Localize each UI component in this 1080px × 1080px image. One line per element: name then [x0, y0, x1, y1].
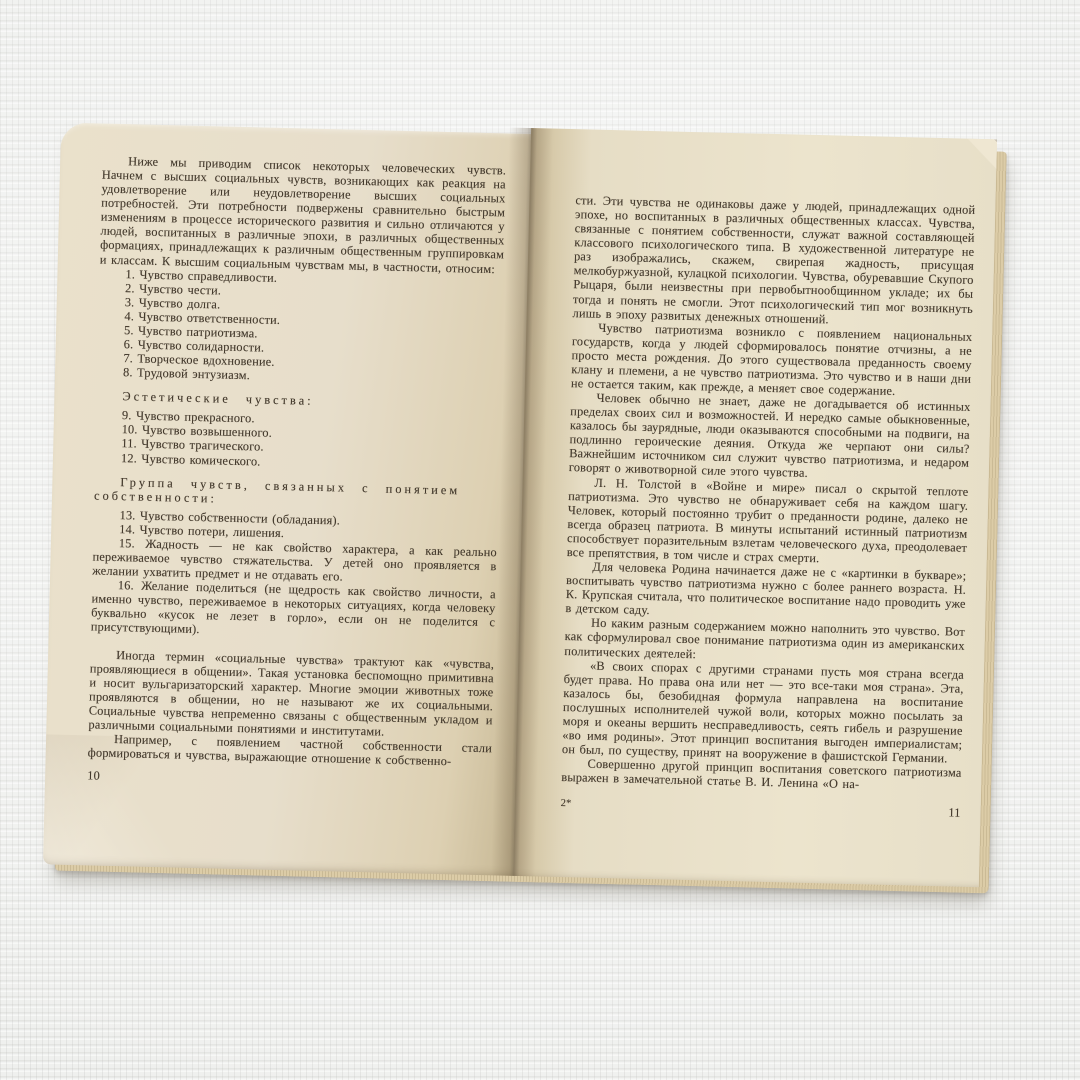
- left-page-text: Ниже мы приводим список некоторых челове…: [45, 123, 531, 793]
- right-page: сти. Эти чувства не одинаковы даже у люд…: [513, 128, 997, 887]
- signature-mark: 2*: [561, 798, 572, 810]
- photo-background-surface: Ниже мы приводим список некоторых челове…: [0, 0, 1080, 1080]
- social-feelings-list: 1. Чувство справедливости. 2. Чувство че…: [97, 266, 504, 388]
- left-page: Ниже мы приводим список некоторых челове…: [43, 123, 531, 876]
- open-book: Ниже мы приводим список некоторых челове…: [43, 113, 1007, 894]
- intro-paragraph: Ниже мы приводим список некоторых челове…: [100, 154, 507, 276]
- paragraph: Для человека Родина начинается даже не с…: [565, 559, 966, 625]
- right-page-text: сти. Эти чувства не одинаковы даже у люд…: [515, 128, 998, 821]
- paragraph: Человек обычно не знает, даже не догадыв…: [569, 390, 971, 484]
- property-feelings-list: 13. Чувство собственности (обладания). 1…: [91, 507, 498, 644]
- paragraph: Иногда термин «социальные чувства» тракт…: [88, 647, 494, 741]
- list-item: 16. Желание поделиться (не щедрость как …: [91, 578, 496, 644]
- right-page-number: 11: [948, 806, 961, 820]
- paragraph: Чувство патриотизма возникло с появление…: [571, 320, 973, 400]
- paragraph: «В своих спорах с другими странами пусть…: [562, 658, 964, 766]
- paragraph: сти. Эти чувства не одинаковы даже у люд…: [572, 193, 975, 329]
- paragraph: Л. Н. Толстой в «Войне и мире» писал о с…: [567, 475, 969, 569]
- left-page-number: 10: [87, 769, 491, 793]
- right-page-footer: 2* 11: [561, 796, 961, 820]
- aesthetic-feelings-list: 9. Чувство прекрасного. 10. Чувство возв…: [95, 408, 500, 474]
